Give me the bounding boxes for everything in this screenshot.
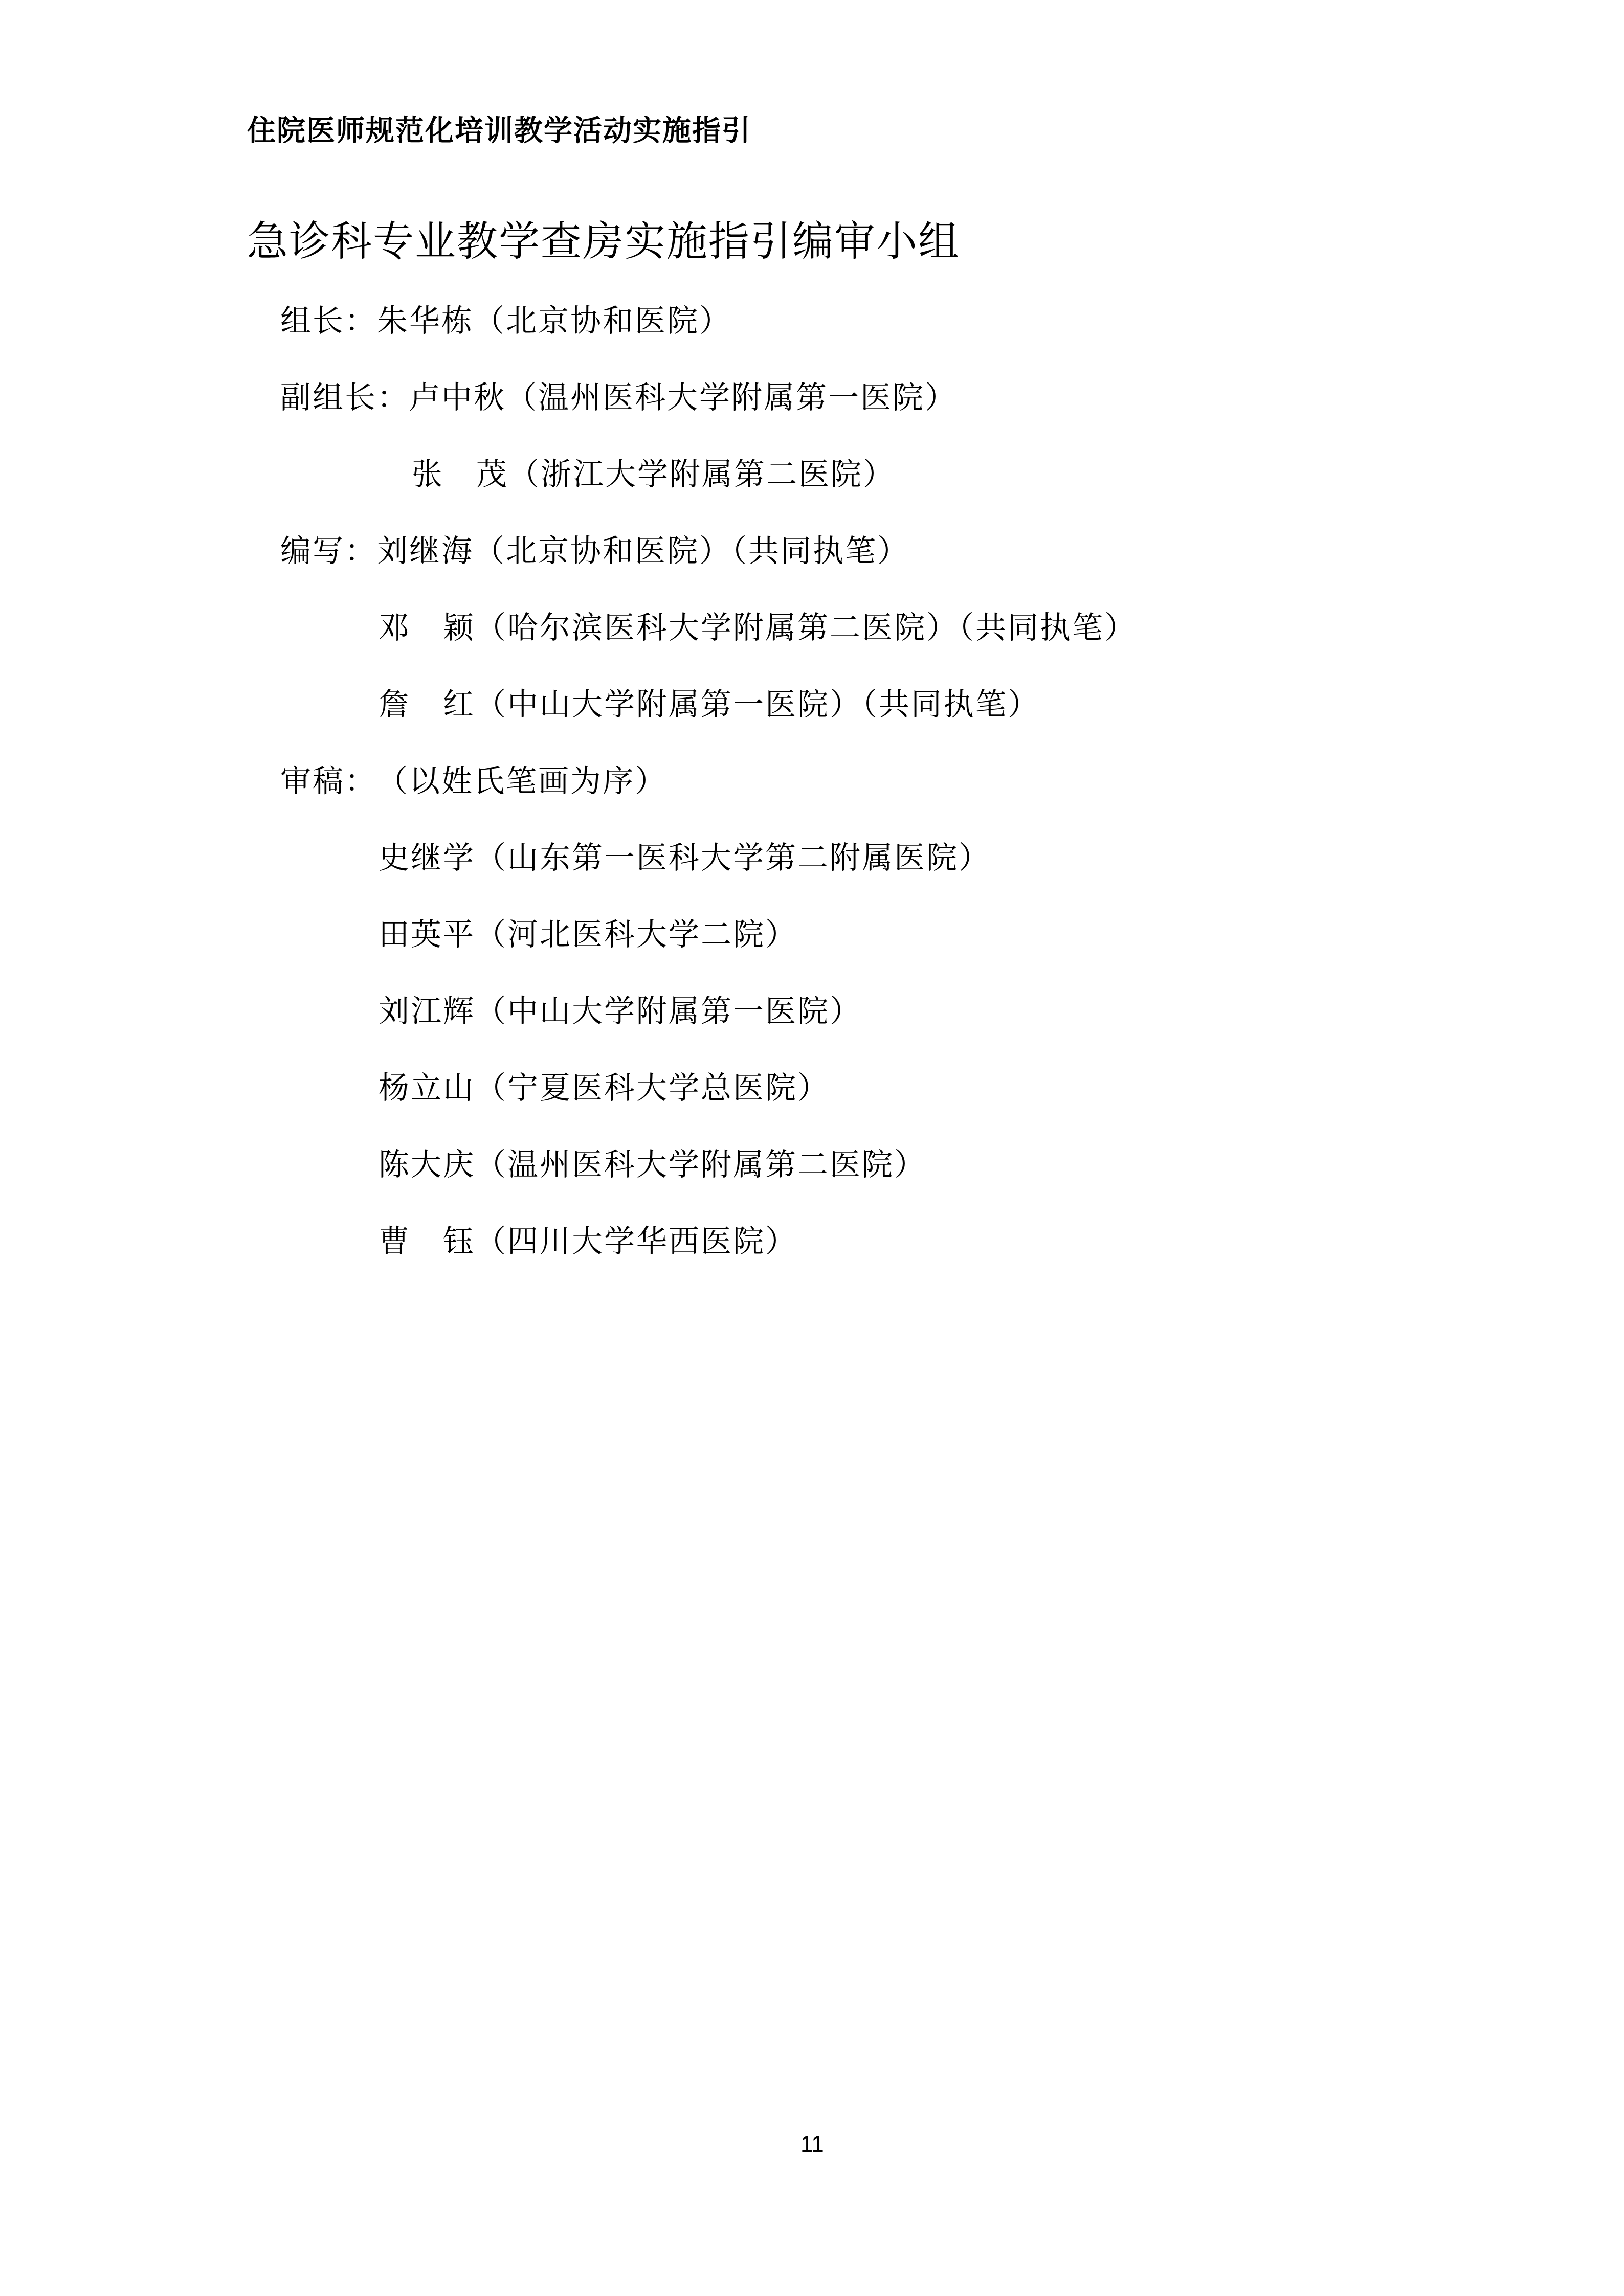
member-name: 邓 颖 [379, 613, 475, 643]
running-header: 住院医师规范化培训教学活动实施指引 [247, 117, 751, 145]
reviewer-line: 田英平（河北医科大学二院） [379, 919, 797, 950]
member-affiliation: （温州医科大学附属第一医院） [506, 380, 957, 416]
writer-line: 詹 红（中山大学附属第一医院）（共同执笔） [379, 689, 1040, 720]
member-name: 杨立山 [379, 1073, 475, 1104]
member-name: 詹 红 [379, 689, 475, 720]
member-name: 刘江辉 [379, 996, 475, 1027]
deputy-leader-line: 张 茂（浙江大学附属第二医院） [412, 459, 895, 490]
writer-line: 编写：刘继海（北京协和医院）（共同执笔） [280, 536, 909, 567]
reviewer-line: 刘江辉（中山大学附属第一医院） [379, 996, 862, 1027]
writer-line: 邓 颖（哈尔滨医科大学附属第二医院）（共同执笔） [379, 613, 1137, 643]
deputy-leader-line: 副组长：卢中秋（温州医科大学附属第一医院） [280, 382, 957, 413]
member-name: 张 茂 [412, 459, 508, 490]
reviewer-line: 史继学（山东第一医科大学第二附属医院） [379, 843, 991, 873]
member-affiliation: （北京协和医院）（共同执笔） [474, 533, 909, 569]
member-name: 田英平 [379, 919, 475, 950]
reviewer-line: 杨立山（宁夏医科大学总医院） [379, 1073, 830, 1104]
member-name: 史继学 [379, 843, 475, 873]
reviewers-heading-line: 审稿：（以姓氏笔画为序） [280, 766, 667, 797]
member-affiliation: （中山大学附属第一医院）（共同执笔） [475, 687, 1040, 723]
member-name: 陈大庆 [379, 1150, 475, 1180]
member-name: 刘继海 [377, 536, 474, 567]
member-affiliation: （浙江大学附属第二医院） [508, 457, 895, 492]
role-label-reviewers: 审稿： [280, 766, 377, 797]
member-name: 朱华栋 [377, 306, 474, 336]
member-affiliation: （中山大学附属第一医院） [475, 994, 862, 1029]
leader-line: 组长：朱华栋（北京协和医院） [280, 306, 731, 336]
reviewer-line: 陈大庆（温州医科大学附属第二医院） [379, 1150, 926, 1180]
member-affiliation: （北京协和医院） [474, 303, 731, 339]
role-label-writers: 编写： [280, 536, 377, 567]
page-title: 急诊科专业教学查房实施指引编审小组 [247, 221, 960, 262]
role-label-leader: 组长： [280, 306, 377, 336]
member-affiliation: （温州医科大学附属第二医院） [475, 1147, 926, 1183]
role-label-deputy-leader: 副组长： [280, 382, 409, 413]
reviewer-line: 曹 钰（四川大学华西医院） [379, 1226, 797, 1257]
member-name: 卢中秋 [409, 382, 506, 413]
reviewers-order-note: （以姓氏笔画为序） [377, 763, 667, 799]
member-affiliation: （宁夏医科大学总医院） [475, 1070, 830, 1106]
member-affiliation: （四川大学华西医院） [475, 1224, 797, 1259]
member-affiliation: （山东第一医科大学第二附属医院） [475, 840, 991, 876]
member-affiliation: （河北医科大学二院） [475, 917, 797, 953]
page-number: 11 [800, 2133, 824, 2156]
member-affiliation: （哈尔滨医科大学附属第二医院）（共同执笔） [475, 610, 1137, 646]
member-name: 曹 钰 [379, 1226, 475, 1257]
